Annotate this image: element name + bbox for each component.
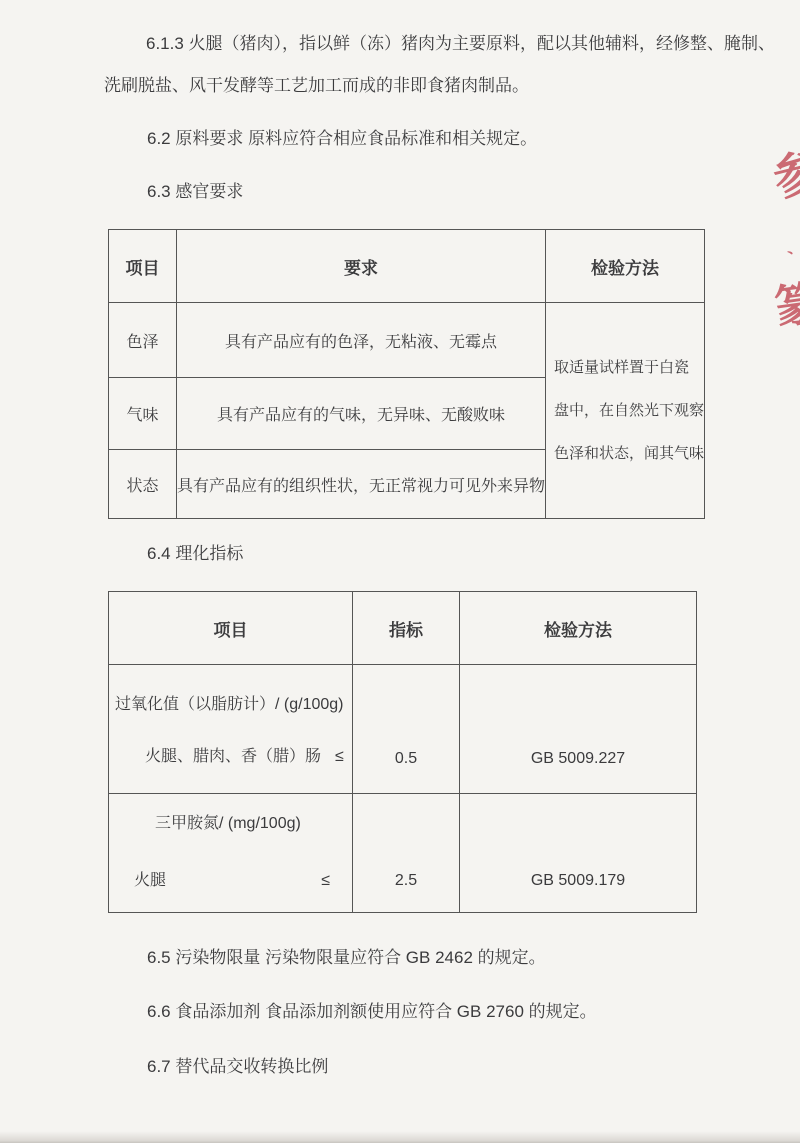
physchem-header-method: 检验方法 [460, 592, 697, 665]
red-seal-fragment-icon: 篆 [772, 279, 800, 331]
physchem-row1-item-line1: 过氧化值（以脂肪计）/ (g/100g) [109, 695, 352, 715]
physchem-row2-subitems: 火腿 [134, 871, 166, 891]
clause-6-4-heading: 6.4 理化指标 [147, 544, 243, 564]
sensory-row1-item: 色泽 [109, 303, 177, 378]
sensory-row3-requirement: 具有产品应有的组织性状，无正常视力可见外来异物 [177, 450, 546, 519]
scan-edge-shadow [0, 1131, 800, 1143]
physchem-row2-item: 三甲胺氮/ (mg/100g) 火腿 ≤ [109, 794, 353, 913]
sensory-row1-requirement: 具有产品应有的色泽，无粘液、无霉点 [177, 303, 546, 378]
less-equal-symbol: ≤ [321, 871, 330, 891]
less-equal-symbol: ≤ [335, 747, 344, 767]
sensory-row2-item: 气味 [109, 378, 177, 450]
table-row: 过氧化值（以脂肪计）/ (g/100g) 火腿、腊肉、香（腊）肠 ≤ 0.5 G… [109, 665, 697, 794]
clause-6-1-3-line2: 洗刷脱盐、风干发酵等工艺加工而成的非即食猪肉制品。 [104, 65, 744, 107]
table-row: 色泽 具有产品应有的色泽，无粘液、无霉点 取适量试样置于白瓷 盘中，在自然光下观… [109, 303, 705, 378]
sensory-header-item: 项目 [109, 230, 177, 303]
physchem-header-index: 指标 [353, 592, 460, 665]
physchem-table: 项目 指标 检验方法 过氧化值（以脂肪计）/ (g/100g) 火腿、腊肉、香（… [108, 591, 697, 913]
sensory-method-line2: 盘中，在自然光下观察 [554, 389, 704, 432]
clause-6-6-heading: 6.6 食品添加剂 食品添加剂额使用应符合 GB 2760 的规定。 [147, 1002, 597, 1022]
clause-6-5-heading: 6.5 污染物限量 污染物限量应符合 GB 2462 的规定。 [147, 948, 546, 968]
sensory-requirements-table: 项目 要求 检验方法 色泽 具有产品应有的色泽，无粘液、无霉点 取适量试样置于白… [108, 229, 705, 519]
sensory-header-row: 项目 要求 检验方法 [109, 230, 705, 303]
clause-6-7-heading: 6.7 替代品交收转换比例 [147, 1057, 328, 1077]
sensory-header-requirement: 要求 [177, 230, 546, 303]
sensory-row3-item: 状态 [109, 450, 177, 519]
physchem-row2-value: 2.5 [353, 794, 460, 913]
table-row: 三甲胺氮/ (mg/100g) 火腿 ≤ 2.5 GB 5009.179 [109, 794, 697, 913]
physchem-row2-item-line1: 三甲胺氮/ (mg/100g) [109, 814, 352, 834]
physchem-row2-item-line2: 火腿 ≤ [109, 871, 352, 891]
sensory-method-cell: 取适量试样置于白瓷 盘中，在自然光下观察 色泽和状态，闻其气味 [546, 303, 705, 519]
physchem-header-item: 项目 [109, 592, 353, 665]
clause-6-3-heading: 6.3 感官要求 [147, 182, 243, 202]
physchem-row1-value: 0.5 [353, 665, 460, 794]
clause-6-1-3-paragraph: 6.1.3 火腿（猪肉），指以鲜（冻）猪肉为主要原料，配以其他辅料，经修整、腌制… [104, 23, 744, 107]
sensory-method-line1: 取适量试样置于白瓷 [554, 346, 704, 389]
sensory-requirements-table-container: 项目 要求 检验方法 色泽 具有产品应有的色泽，无粘液、无霉点 取适量试样置于白… [108, 229, 705, 519]
physchem-table-container: 项目 指标 检验方法 过氧化值（以脂肪计）/ (g/100g) 火腿、腊肉、香（… [108, 591, 697, 913]
sensory-row2-requirement: 具有产品应有的气味，无异味、无酸败味 [177, 378, 546, 450]
physchem-row1-method: GB 5009.227 [460, 665, 697, 794]
clause-6-2-heading: 6.2 原料要求 原料应符合相应食品标准和相关规定。 [147, 129, 537, 149]
physchem-row1-item-line2: 火腿、腊肉、香（腊）肠 ≤ [109, 747, 352, 767]
red-seal-fragment-icon: 参 [769, 147, 800, 205]
physchem-header-row: 项目 指标 检验方法 [109, 592, 697, 665]
physchem-row1-subitems: 火腿、腊肉、香（腊）肠 [145, 747, 321, 767]
scanned-document-page: 6.1.3 火腿（猪肉），指以鲜（冻）猪肉为主要原料，配以其他辅料，经修整、腌制… [0, 0, 800, 1143]
clause-6-1-3-line1: 6.1.3 火腿（猪肉），指以鲜（冻）猪肉为主要原料，配以其他辅料，经修整、腌制… [104, 23, 744, 65]
sensory-method-line3: 色泽和状态，闻其气味 [554, 432, 704, 475]
red-seal-fragment-icon: 、 [784, 238, 800, 257]
physchem-row1-item: 过氧化值（以脂肪计）/ (g/100g) 火腿、腊肉、香（腊）肠 ≤ [109, 665, 353, 794]
sensory-header-method: 检验方法 [546, 230, 705, 303]
physchem-row2-method: GB 5009.179 [460, 794, 697, 913]
